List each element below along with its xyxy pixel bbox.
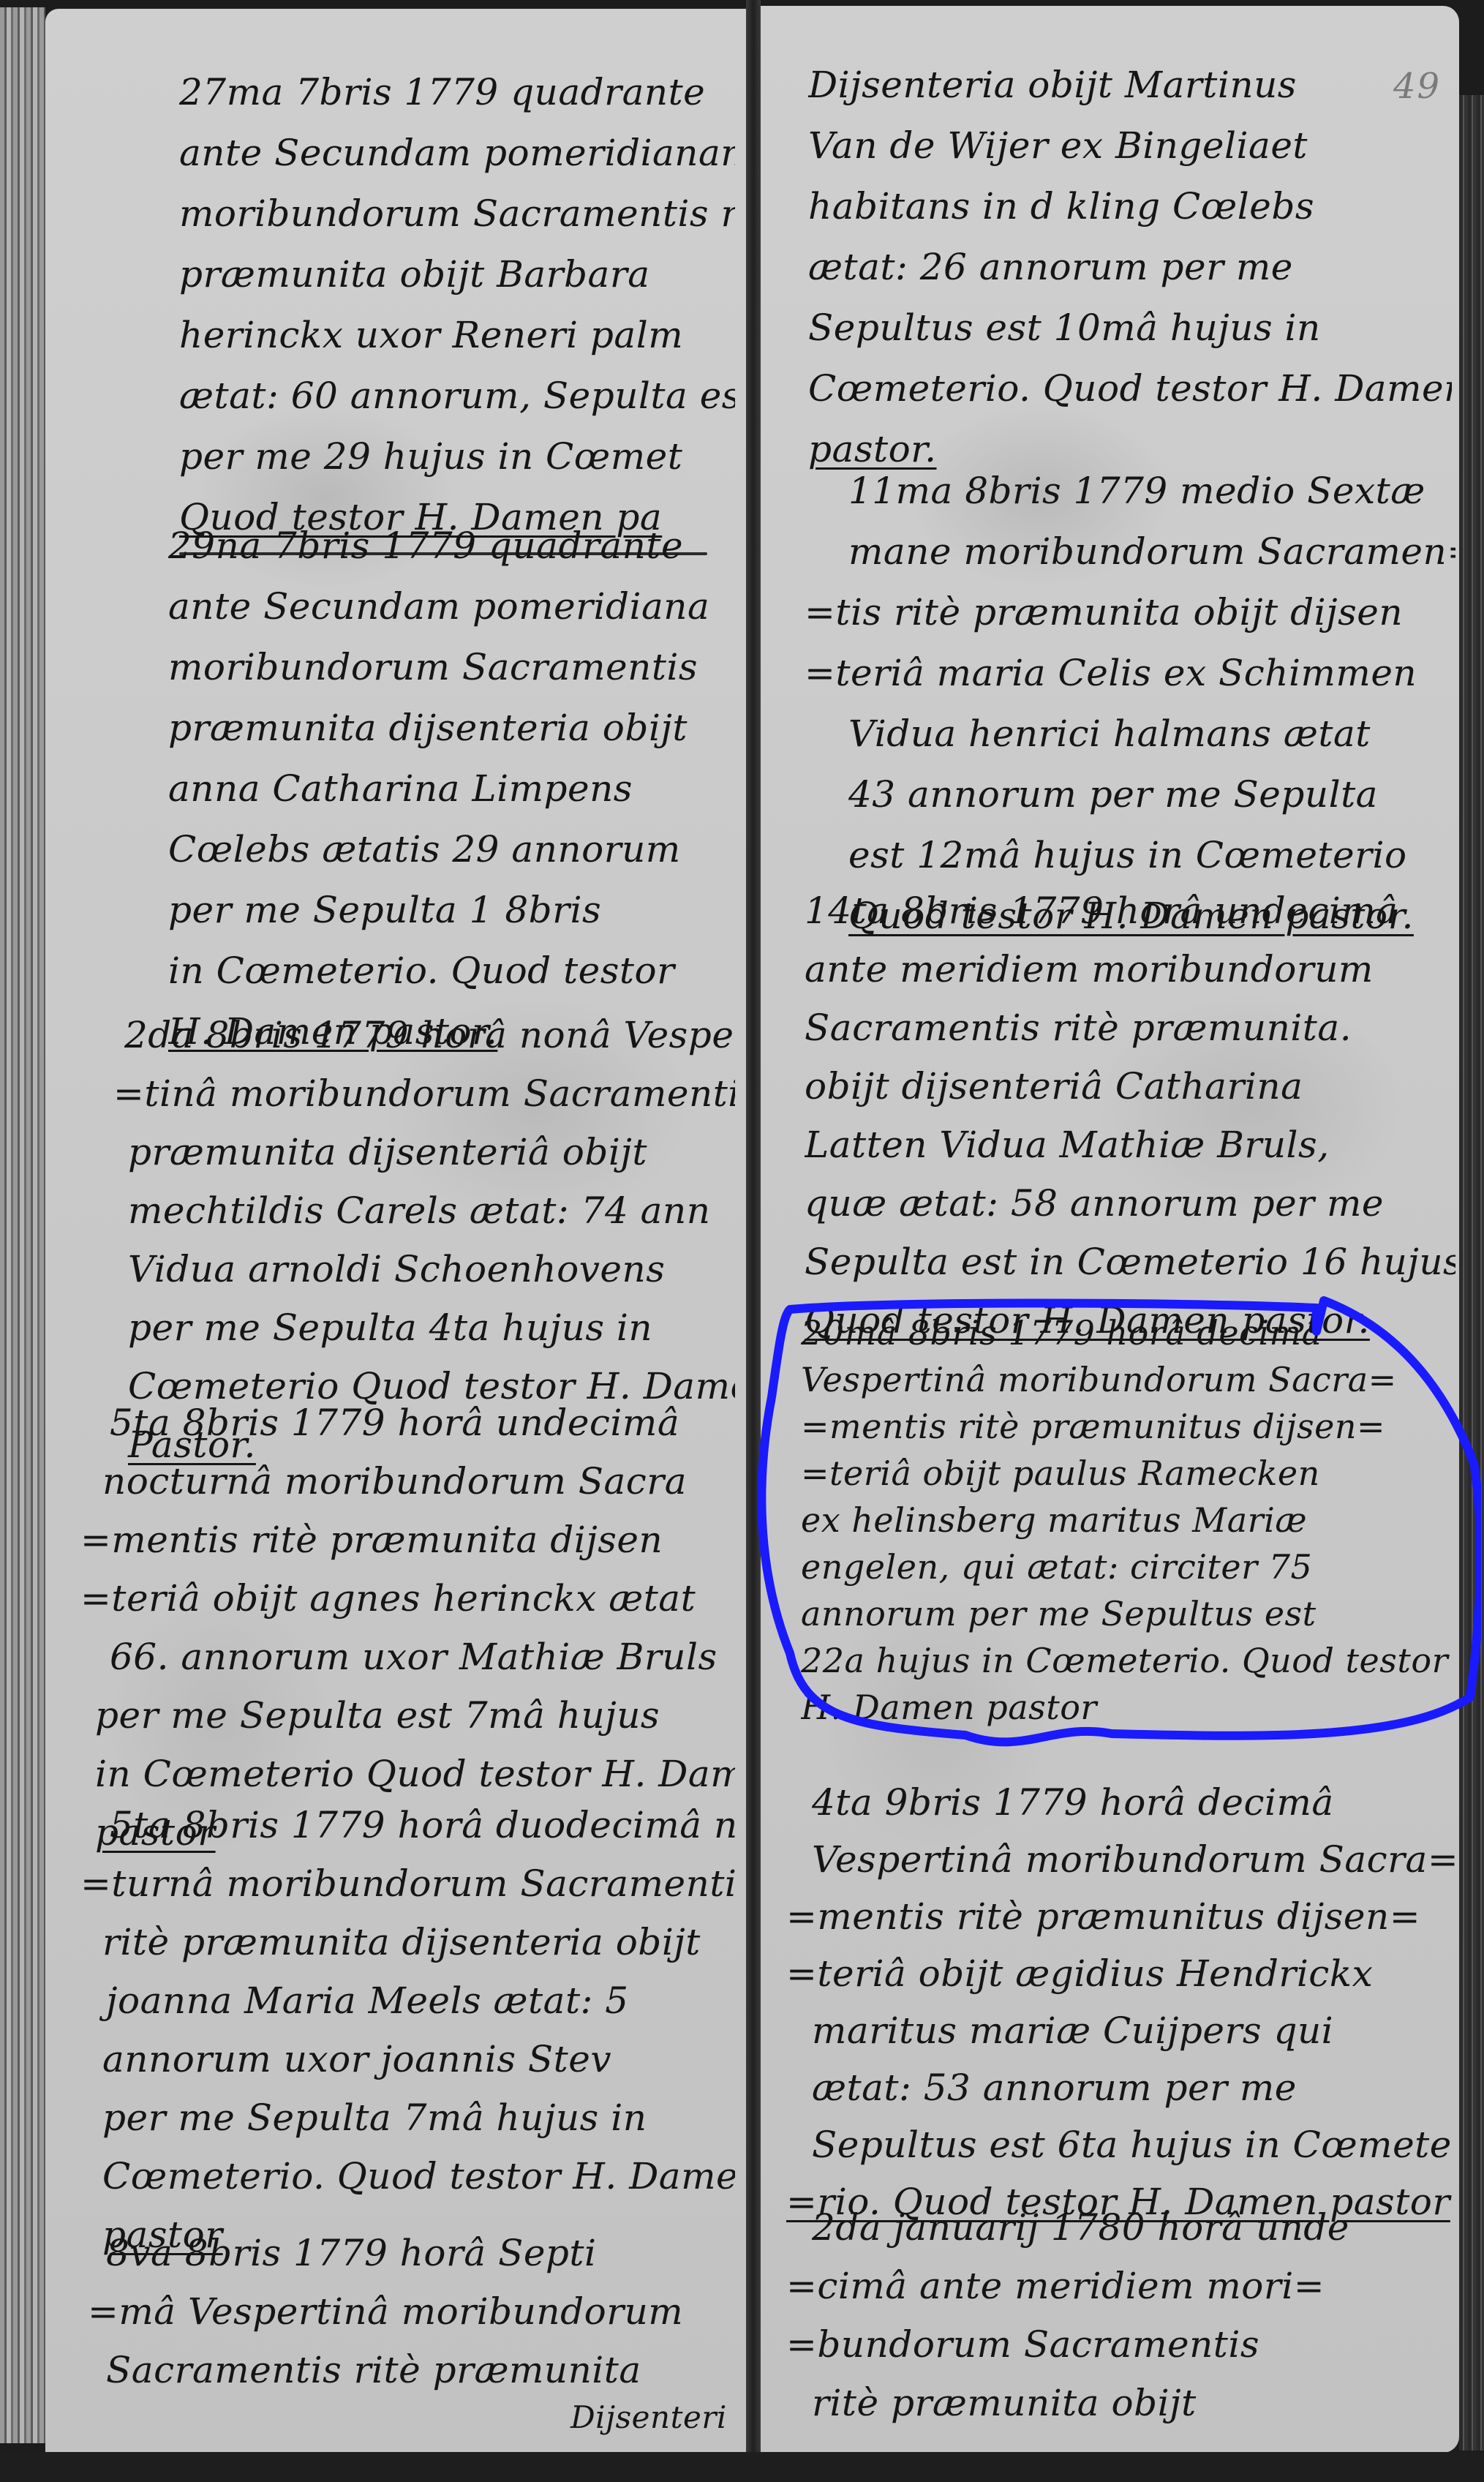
entry-line: in Cœmeterio. Quod testor — [168, 941, 731, 1001]
entry-line: =teriâ maria Celis ex Schimmen — [775, 643, 1455, 704]
left-page-edges — [0, 7, 45, 2443]
entry-line: Sacramentis ritè præmunita. — [805, 999, 1455, 1057]
left-entry-4: 5ta 8bris 1779 horâ undecimâ nocturnâ mo… — [44, 1394, 735, 1862]
left-entry-6: 8va 8bris 1779 horâ Septi =mâ Vespertinâ… — [44, 2224, 735, 2436]
entry-line: Sepultus est 10mâ hujus in — [808, 298, 1452, 358]
right-entry-4-highlighted: 20mâ 8bris 1779 horâ decimâ Vespertinâ m… — [801, 1309, 1452, 1731]
entry-line: Cœmeterio. Quod testor H. Damen — [808, 358, 1452, 419]
entry-line: per me 29 hujus in Cœmet — [179, 426, 735, 487]
left-entry-2: 29na 7bris 1779 quadrante ante Secundam … — [168, 516, 731, 1062]
entry-line: 14ta 8bris 1779 horâ undecimâ — [805, 881, 1455, 940]
entry-line: joanna Maria Meels ætat: 5 — [44, 1971, 735, 2030]
entry-line: per me Sepulta 4ta hujus in — [69, 1298, 735, 1357]
bottom-shadow — [0, 2452, 1484, 2482]
entry-line: Cœlebs ætatis 29 annorum — [168, 819, 731, 880]
entry-line: =teriâ obijt ægidius Hendrickx — [772, 1945, 1455, 2002]
entry-line: moribundorum Sacramentis — [168, 637, 731, 698]
entry-line: maritus mariæ Cuijpers qui — [772, 2002, 1455, 2059]
entry-line: 5ta 8bris 1779 horâ undecimâ — [44, 1394, 735, 1452]
entry-line: 5ta 8bris 1779 horâ duodecimâ noc — [44, 1796, 735, 1854]
right-entry-2: 11ma 8bris 1779 medio Sextæ mane moribun… — [775, 461, 1455, 947]
entry-signature: H. Damen pastor — [801, 1684, 1452, 1731]
entry-line: ætat: 60 annorum, Sepulta est — [179, 366, 735, 426]
entry-line: Sepultus est 6ta hujus in Cœmete — [772, 2116, 1455, 2173]
entry-line: Vespertinâ moribundorum Sacra= — [772, 1831, 1455, 1888]
entry-line: 66. annorum uxor Mathiæ Bruls — [44, 1628, 735, 1686]
entry-line: 8va 8bris 1779 horâ Septi — [44, 2224, 735, 2282]
entry-line: =mentis ritè præmunitus dijsen= — [801, 1403, 1452, 1450]
entry-line: =teriâ obijt paulus Ramecken — [801, 1450, 1452, 1497]
entry-line: mechtildis Carels ætat: 74 ann — [69, 1181, 735, 1240]
entry-line: habitans in d kling Cœlebs — [808, 176, 1452, 237]
right-entry-1: Dijsenteria obijt Martinus Van de Wijer … — [808, 55, 1452, 480]
entry-line: 22a hujus in Cœmeterio. Quod testor — [801, 1637, 1452, 1684]
entry-line: 27ma 7bris 1779 quadrante — [179, 62, 735, 123]
book-gutter — [746, 0, 761, 2454]
entry-line: obijt dijsenteriâ Catharina — [805, 1057, 1455, 1116]
entry-line: =turnâ moribundorum Sacramentis — [44, 1854, 735, 1913]
entry-line: 43 annorum per me Sepulta — [775, 764, 1455, 825]
entry-line: =mâ Vespertinâ moribundorum — [44, 2282, 735, 2341]
entry-line: quæ ætat: 58 annorum per me — [805, 1174, 1455, 1233]
entry-line: ante Secundam pomeridiana — [168, 576, 731, 637]
entry-line: annorum per me Sepultus est — [801, 1590, 1452, 1637]
entry-line: herinckx uxor Reneri palm — [179, 305, 735, 366]
entry-line: 20mâ 8bris 1779 horâ decimâ — [801, 1309, 1452, 1356]
right-entry-3: 14ta 8bris 1779 horâ undecimâ ante merid… — [805, 881, 1455, 1350]
entry-line: in Cœmeterio Quod testor H. Damen — [44, 1745, 735, 1803]
entry-line: =mentis ritè præmunitus dijsen= — [772, 1888, 1455, 1945]
entry-line: præmunita obijt Barbara — [179, 244, 735, 305]
right-entry-6: 2da januarij 1780 horâ unde =cimâ ante m… — [772, 2198, 1455, 2432]
entry-line: Latten Vidua Mathiæ Bruls, — [805, 1116, 1455, 1174]
entry-line: Sepulta est in Cœmeterio 16 hujus — [805, 1233, 1455, 1291]
entry-line: engelen, qui ætat: circiter 75 — [801, 1543, 1452, 1590]
entry-line: Vespertinâ moribundorum Sacra= — [801, 1356, 1452, 1403]
entry-line: moribundorum Sacramentis rite — [179, 184, 735, 244]
entry-line: præmunita dijsenteriâ obijt — [69, 1123, 735, 1181]
entry-line: ante meridiem moribundorum — [805, 940, 1455, 999]
entry-line: ante Secundam pomeridianam — [179, 123, 735, 184]
right-page-edges — [1459, 95, 1484, 2451]
entry-line: 2da 8bris 1779 horâ nonâ Vesper — [69, 1006, 735, 1064]
entry-line: nocturnâ moribundorum Sacra — [44, 1452, 735, 1511]
entry-line: anna Catharina Limpens — [168, 759, 731, 819]
entry-line: =tinâ moribundorum Sacramentis — [69, 1064, 735, 1123]
entry-line: =cimâ ante meridiem mori= — [772, 2257, 1455, 2315]
entry-line: 11ma 8bris 1779 medio Sextæ — [775, 461, 1455, 522]
left-entry-1: 27ma 7bris 1779 quadrante ante Secundam … — [179, 62, 735, 555]
entry-line: ritè præmunita dijsenteria obijt — [44, 1913, 735, 1971]
entry-line: Dijsenteri — [44, 2399, 735, 2436]
entry-line: 29na 7bris 1779 quadrante — [168, 516, 731, 576]
entry-line: =teriâ obijt agnes herinckx ætat — [44, 1569, 735, 1628]
entry-line: per me Sepulta est 7mâ hujus — [44, 1686, 735, 1745]
entry-line: Van de Wijer ex Bingeliaet — [808, 116, 1452, 176]
entry-line: 2da januarij 1780 horâ unde — [772, 2198, 1455, 2257]
entry-line: ex helinsberg maritus Mariæ — [801, 1497, 1452, 1543]
register-scan: 49 27ma 7bris 1779 quadrante ante Secund… — [0, 0, 1484, 2482]
entry-line: 4ta 9bris 1779 horâ decimâ — [772, 1774, 1455, 1831]
entry-line: Sacramentis ritè præmunita — [44, 2341, 735, 2399]
entry-line: per me Sepulta 1 8bris — [168, 880, 731, 941]
entry-line: mane moribundorum Sacramen= — [775, 522, 1455, 582]
entry-line: præmunita dijsenteria obijt — [168, 698, 731, 759]
entry-line: ætat: 26 annorum per me — [808, 237, 1452, 298]
entry-line: est 12mâ hujus in Cœmeterio — [775, 825, 1455, 886]
entry-line: Cœmeterio. Quod testor H. Damen — [44, 2147, 735, 2205]
entry-line: per me Sepulta 7mâ hujus in — [44, 2088, 735, 2147]
entry-line: =bundorum Sacramentis — [772, 2315, 1455, 2374]
entry-line: Vidua arnoldi Schoenhovens — [69, 1240, 735, 1298]
entry-line: ritè præmunita obijt — [772, 2374, 1455, 2432]
entry-line: ætat: 53 annorum per me — [772, 2059, 1455, 2116]
entry-line: annorum uxor joannis Stev — [44, 2030, 735, 2088]
entry-line: =tis ritè præmunita obijt dijsen — [775, 582, 1455, 643]
left-entry-5: 5ta 8bris 1779 horâ duodecimâ noc =turnâ… — [44, 1796, 735, 2264]
entry-line: Dijsenteria obijt Martinus — [808, 55, 1452, 116]
right-entry-5: 4ta 9bris 1779 horâ decimâ Vespertinâ mo… — [772, 1774, 1455, 2230]
entry-line: =mentis ritè præmunita dijsen — [44, 1511, 735, 1569]
entry-line: Vidua henrici halmans ætat — [775, 704, 1455, 764]
